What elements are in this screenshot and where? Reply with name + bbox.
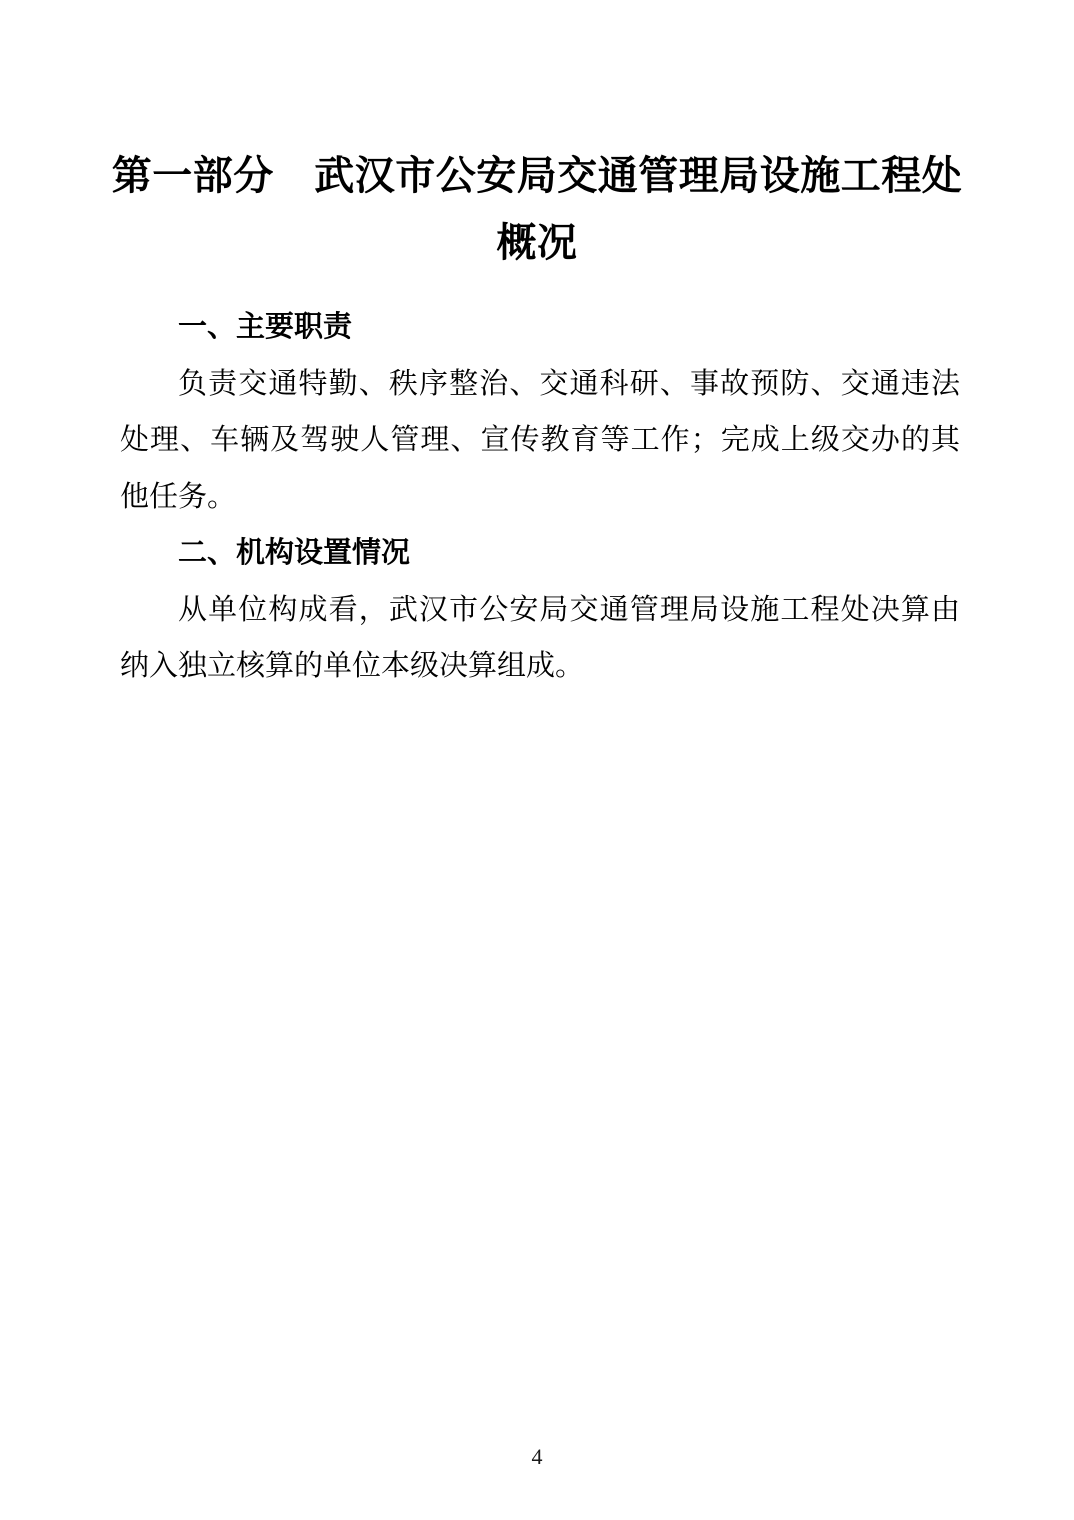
document-title-line-1: 第一部分 武汉市公安局交通管理局设施工程处 <box>107 143 967 210</box>
document-title: 第一部分 武汉市公安局交通管理局设施工程处 概况 <box>107 143 967 277</box>
document-page: 第一部分 武汉市公安局交通管理局设施工程处 概况 一、主要职责 负责交通特勤、秩… <box>0 0 1074 1520</box>
document-title-line-2: 概况 <box>107 210 967 277</box>
document-body: 一、主要职责 负责交通特勤、秩序整治、交通科研、事故预防、交通违法处理、车辆及驾… <box>120 299 960 695</box>
section-heading-main-duties: 一、主要职责 <box>120 299 960 356</box>
section-heading-organization-setup: 二、机构设置情况 <box>120 525 960 582</box>
paragraph-organization-setup: 从单位构成看，武汉市公安局交通管理局设施工程处决算由纳入独立核算的单位本级决算组… <box>120 582 960 695</box>
page-number: 4 <box>0 1444 1074 1470</box>
paragraph-main-duties: 负责交通特勤、秩序整治、交通科研、事故预防、交通违法处理、车辆及驾驶人管理、宣传… <box>120 356 960 526</box>
